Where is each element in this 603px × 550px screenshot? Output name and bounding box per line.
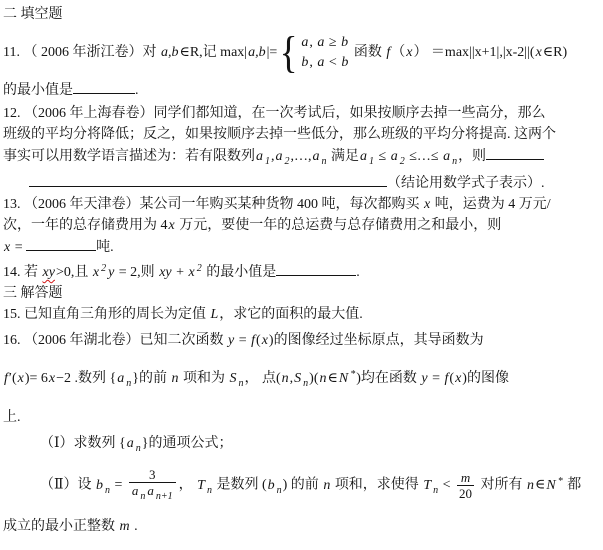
text-run: = xyxy=(429,371,444,386)
math-variable: x xyxy=(535,45,543,60)
text-run: （ xyxy=(391,45,405,60)
text-run: 三 解答题 xyxy=(3,286,63,301)
text-run: ≥ xyxy=(325,35,340,50)
text-run: = xyxy=(235,333,250,348)
math-variable: a xyxy=(116,371,125,386)
text-run: ∈R,记 max| xyxy=(179,45,247,60)
text-run: ,…, xyxy=(291,149,312,164)
math-variable: x xyxy=(17,371,25,386)
text-run: )的图像 xyxy=(462,371,509,386)
text-run: ，则 xyxy=(458,149,486,164)
text-run: 的最小值是 xyxy=(3,83,73,98)
text-run: −2 .数列 { xyxy=(56,371,116,386)
text-run: （结论用数学式子表示）. xyxy=(387,176,545,191)
text-run: . xyxy=(131,519,138,534)
answer-blank xyxy=(26,236,96,251)
section-heading-free-response: 三 解答题 xyxy=(3,283,599,304)
math-variable: S xyxy=(293,371,302,386)
text-run: 吨，运费为 4 万元/ xyxy=(431,197,550,212)
text-run: 12. （2006 年上海春卷）同学们都知道，在一次考试后，如果按顺序去掉一些高… xyxy=(3,106,546,121)
text-run: + xyxy=(173,265,188,280)
math-variable: m xyxy=(119,519,131,534)
text-run: ∈ xyxy=(327,371,337,386)
text-run: 对所有 xyxy=(477,478,526,493)
document-page: 二 填空题11. （ 2006 年浙江卷）对 a,b∈R,记 max|a,b|=… xyxy=(0,0,603,550)
math-variable: b xyxy=(340,35,349,50)
text-run: ， 点( xyxy=(244,371,280,386)
math-variable: x xyxy=(92,265,100,280)
problem-16-line-2: f′(x)= 6x−2 .数列 {an}的前 n 项和为 Sn， 点(n,Sn)… xyxy=(3,364,599,394)
math-variable: x xyxy=(188,265,196,280)
problem-12-answer-line: （结论用数学式子表示）. xyxy=(3,172,599,194)
text-run: )的图像经过坐标原点，其导函数为 xyxy=(269,333,484,348)
problem-11-answer-line: 的最小值是. xyxy=(3,79,599,101)
text-run: = xyxy=(11,240,26,255)
math-variable: a xyxy=(442,149,451,164)
text-run: ，求它的面积的最大值. xyxy=(219,307,363,322)
math-subscript: n xyxy=(206,485,213,496)
text-run: ≤ xyxy=(375,149,390,164)
text-run: （Ⅱ）设 xyxy=(40,478,95,493)
problem-16-line-3: 上. xyxy=(3,407,599,428)
text-run: |= xyxy=(267,45,278,60)
text-run: 事实可以用数学语言描述为：若有限数列 xyxy=(3,149,255,164)
cases-brace: { xyxy=(280,31,298,75)
problem-15-line: 15. 已知直角三角形的周长为定值 L，求它的面积的最大值. xyxy=(3,304,599,325)
text-run: )均在函数 xyxy=(356,371,420,386)
problem-12-line-3: 事实可以用数学语言描述为：若有限数列a1,a2,…,an 满足a1 ≤ a2 ≤… xyxy=(3,145,599,172)
math-variable: x xyxy=(261,333,269,348)
math-superscript: * xyxy=(557,476,564,487)
math-variable: b xyxy=(267,478,276,493)
text-run: . xyxy=(135,83,139,98)
fraction-numerator: 3 xyxy=(147,467,158,482)
text-run: 成立的最小正整数 xyxy=(3,519,119,534)
text-run: 上. xyxy=(3,410,21,425)
math-variable: N xyxy=(338,371,349,386)
math-variable: y xyxy=(227,333,235,348)
math-variable: x xyxy=(168,218,176,233)
problem-11-line-1: 11. （ 2006 年浙江卷）对 a,b∈R,记 max|a,b|={a, a… xyxy=(3,31,599,75)
cases-expression: {a, a ≥ bb, a < b xyxy=(278,31,349,75)
math-variable: x xyxy=(3,240,11,255)
spellcheck-flagged-text: xy xyxy=(42,265,56,280)
text-run: 15. 已知直角三角形的周长为定值 xyxy=(3,307,210,322)
math-variable: a,b xyxy=(247,45,267,60)
math-variable: n xyxy=(322,478,331,493)
math-variable: y xyxy=(420,371,428,386)
text-run: < xyxy=(439,478,454,493)
text-run: < xyxy=(325,55,340,70)
text-run: ) 的前 xyxy=(283,478,323,493)
problem-13-answer-line: x = 吨. xyxy=(3,236,599,258)
math-variable: n xyxy=(281,371,290,386)
text-run: 吨. xyxy=(96,240,114,255)
fraction-denominator: anan+1 xyxy=(129,482,176,504)
math-variable: x xyxy=(423,197,431,212)
math-variable: m xyxy=(460,470,471,485)
text-run: ∈R) xyxy=(543,45,567,60)
text-run: >0,且 xyxy=(56,265,92,280)
text-run: 次，一年的总存储费用为 4 xyxy=(3,218,168,233)
math-variable: a xyxy=(312,149,321,164)
text-run: ′( xyxy=(9,371,17,386)
text-run: 班级的平均分将降低；反之，如果按顺序去掉一些低分，那么班级的平均分将提高. 这两… xyxy=(3,127,556,142)
text-run: = 2,则 xyxy=(115,265,158,280)
math-subscript: n xyxy=(451,156,458,167)
problem-12-line-1: 12. （2006 年上海春卷）同学们都知道，在一次考试后，如果按顺序去掉一些高… xyxy=(3,103,599,124)
problem-12-line-2: 班级的平均分将降低；反之，如果按顺序去掉一些低分，那么班级的平均分将提高. 这两… xyxy=(3,124,599,145)
math-variable: a,b xyxy=(160,45,180,60)
text-run: 的最小值是 xyxy=(203,265,277,280)
problem-13-line-2: 次，一年的总存储费用为 4x 万元，要使一年的总运费与总存储费用之和最小，则 xyxy=(3,215,599,236)
cases-row-2: b, a < b xyxy=(300,53,349,73)
text-run: 都 xyxy=(564,478,582,493)
problem-14-line: 14. 若 xy>0,且 x2y = 2,则 xy + x2 的最小值是. xyxy=(3,258,599,283)
problem-13-line-1: 13. （2006 年天津卷）某公司一年购买某种货物 400 吨，每次都购买 x… xyxy=(3,194,599,215)
fraction-numerator: m xyxy=(458,470,473,485)
text-run: , xyxy=(271,149,275,164)
math-variable: a xyxy=(275,149,284,164)
text-run: ， xyxy=(179,478,197,493)
math-subscript: 1 xyxy=(368,156,375,167)
math-subscript: n xyxy=(135,443,142,454)
answer-blank xyxy=(486,145,544,160)
text-run: 项和为 xyxy=(179,371,228,386)
math-variable: T xyxy=(196,478,206,493)
problem-16-line-1: 16. （2006 年湖北卷）已知二次函数 y = f(x)的图像经过坐标原点，… xyxy=(3,330,599,351)
math-variable: xy xyxy=(158,265,172,280)
math-variable: a xyxy=(359,149,368,164)
math-variable: a xyxy=(255,149,264,164)
text-run: 16. （2006 年湖北卷）已知二次函数 xyxy=(3,333,227,348)
math-subscript: n+1 xyxy=(155,491,174,502)
text-run: 满足 xyxy=(328,149,360,164)
fraction: 3anan+1 xyxy=(129,467,176,504)
answer-blank xyxy=(276,261,356,276)
problem-16-part-1: （Ⅰ）求数列 {an}的通项公式； xyxy=(3,433,599,459)
math-variable: a xyxy=(146,483,155,498)
text-run: = xyxy=(111,478,126,493)
math-subscript: 1 xyxy=(264,156,271,167)
math-variable: x xyxy=(48,371,56,386)
math-subscript: n xyxy=(104,485,111,496)
text-run: 函数 xyxy=(350,45,385,60)
math-superscript: 2 xyxy=(196,263,203,274)
fraction-denominator: 20 xyxy=(457,485,474,501)
text-run: }的前 xyxy=(132,371,170,386)
answer-blank xyxy=(29,172,387,187)
text-run: 14. 若 xyxy=(3,265,42,280)
cases-row-1: a, a ≥ b xyxy=(300,33,349,53)
math-variable: a xyxy=(126,436,135,451)
math-variable: T xyxy=(422,478,432,493)
text-run: )= 6 xyxy=(25,371,48,386)
text-run: 二 填空题 xyxy=(3,7,63,22)
math-variable: b xyxy=(95,478,104,493)
text-run: ） ＝max||x+1|,|x-2||( xyxy=(413,45,534,60)
math-variable: L xyxy=(210,307,220,322)
text-run: 11. （ 2006 年浙江卷）对 xyxy=(3,45,160,60)
math-variable: N xyxy=(545,478,556,493)
math-subscript: n xyxy=(321,156,328,167)
section-heading-fill-in: 二 填空题 xyxy=(3,4,599,25)
math-variable: n xyxy=(526,478,535,493)
text-run: 项和，求使得 xyxy=(331,478,422,493)
document-body: 二 填空题11. （ 2006 年浙江卷）对 a,b∈R,记 max|a,b|=… xyxy=(3,4,599,537)
math-variable: a xyxy=(390,149,399,164)
math-superscript: 2 xyxy=(100,263,107,274)
text-run: 20 xyxy=(459,486,472,501)
text-run: ( xyxy=(256,333,261,348)
text-run: 13. （2006 年天津卷）某公司一年购买某种货物 400 吨，每次都购买 xyxy=(3,197,423,212)
problem-16-part-2-end: 成立的最小正整数 m . xyxy=(3,516,599,537)
cases-rows: a, a ≥ bb, a < b xyxy=(300,33,349,73)
text-run: 3 xyxy=(149,467,156,482)
math-variable: b xyxy=(340,55,349,70)
text-run: （Ⅰ）求数列 { xyxy=(40,436,126,451)
text-run: 是数列 ( xyxy=(213,478,267,493)
problem-16-part-2: （Ⅱ）设 bn = 3anan+1， Tn 是数列 (bn) 的前 n 项和，求… xyxy=(3,467,599,504)
text-run: . xyxy=(356,265,360,280)
text-run: 万元，要使一年的总运费与总存储费用之和最小，则 xyxy=(176,218,502,233)
text-run: }的通项公式； xyxy=(142,436,233,451)
math-subscript: 2 xyxy=(284,156,291,167)
text-run: ≤…≤ xyxy=(406,149,442,164)
math-subscript: 2 xyxy=(399,156,406,167)
text-run: ∈ xyxy=(535,478,545,493)
fraction: m20 xyxy=(457,470,474,501)
math-subscript: n xyxy=(276,485,283,496)
answer-blank xyxy=(73,79,135,94)
